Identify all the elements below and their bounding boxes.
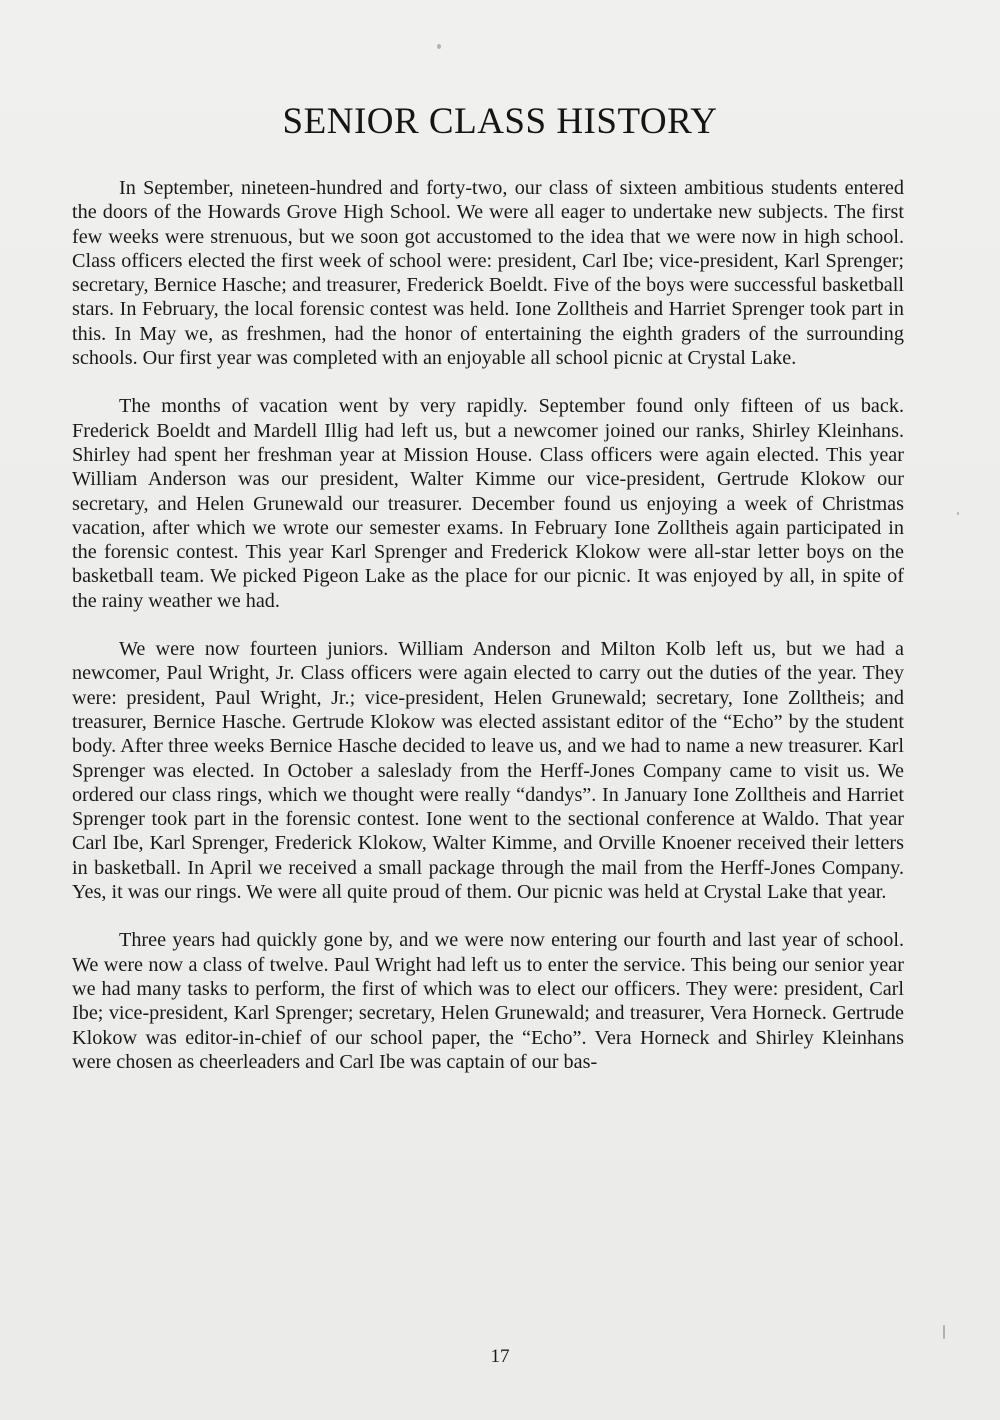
paragraph-junior-year: We were now fourteen juniors. William An…: [72, 637, 904, 904]
paper-speck: [943, 1325, 945, 1339]
article-body: In September, nineteen-hundred and forty…: [72, 176, 904, 1098]
page-title: SENIOR CLASS HISTORY: [0, 100, 1000, 143]
paragraph-freshman-year: In September, nineteen-hundred and forty…: [72, 176, 904, 370]
paper-speck: [957, 512, 959, 515]
page-number: 17: [0, 1346, 1000, 1368]
paragraph-senior-year: Three years had quickly gone by, and we …: [72, 928, 904, 1074]
paragraph-sophomore-year: The months of vacation went by very rapi…: [72, 394, 904, 613]
scanned-page: SENIOR CLASS HISTORY In September, ninet…: [0, 0, 1000, 1420]
paper-speck: [437, 44, 441, 49]
